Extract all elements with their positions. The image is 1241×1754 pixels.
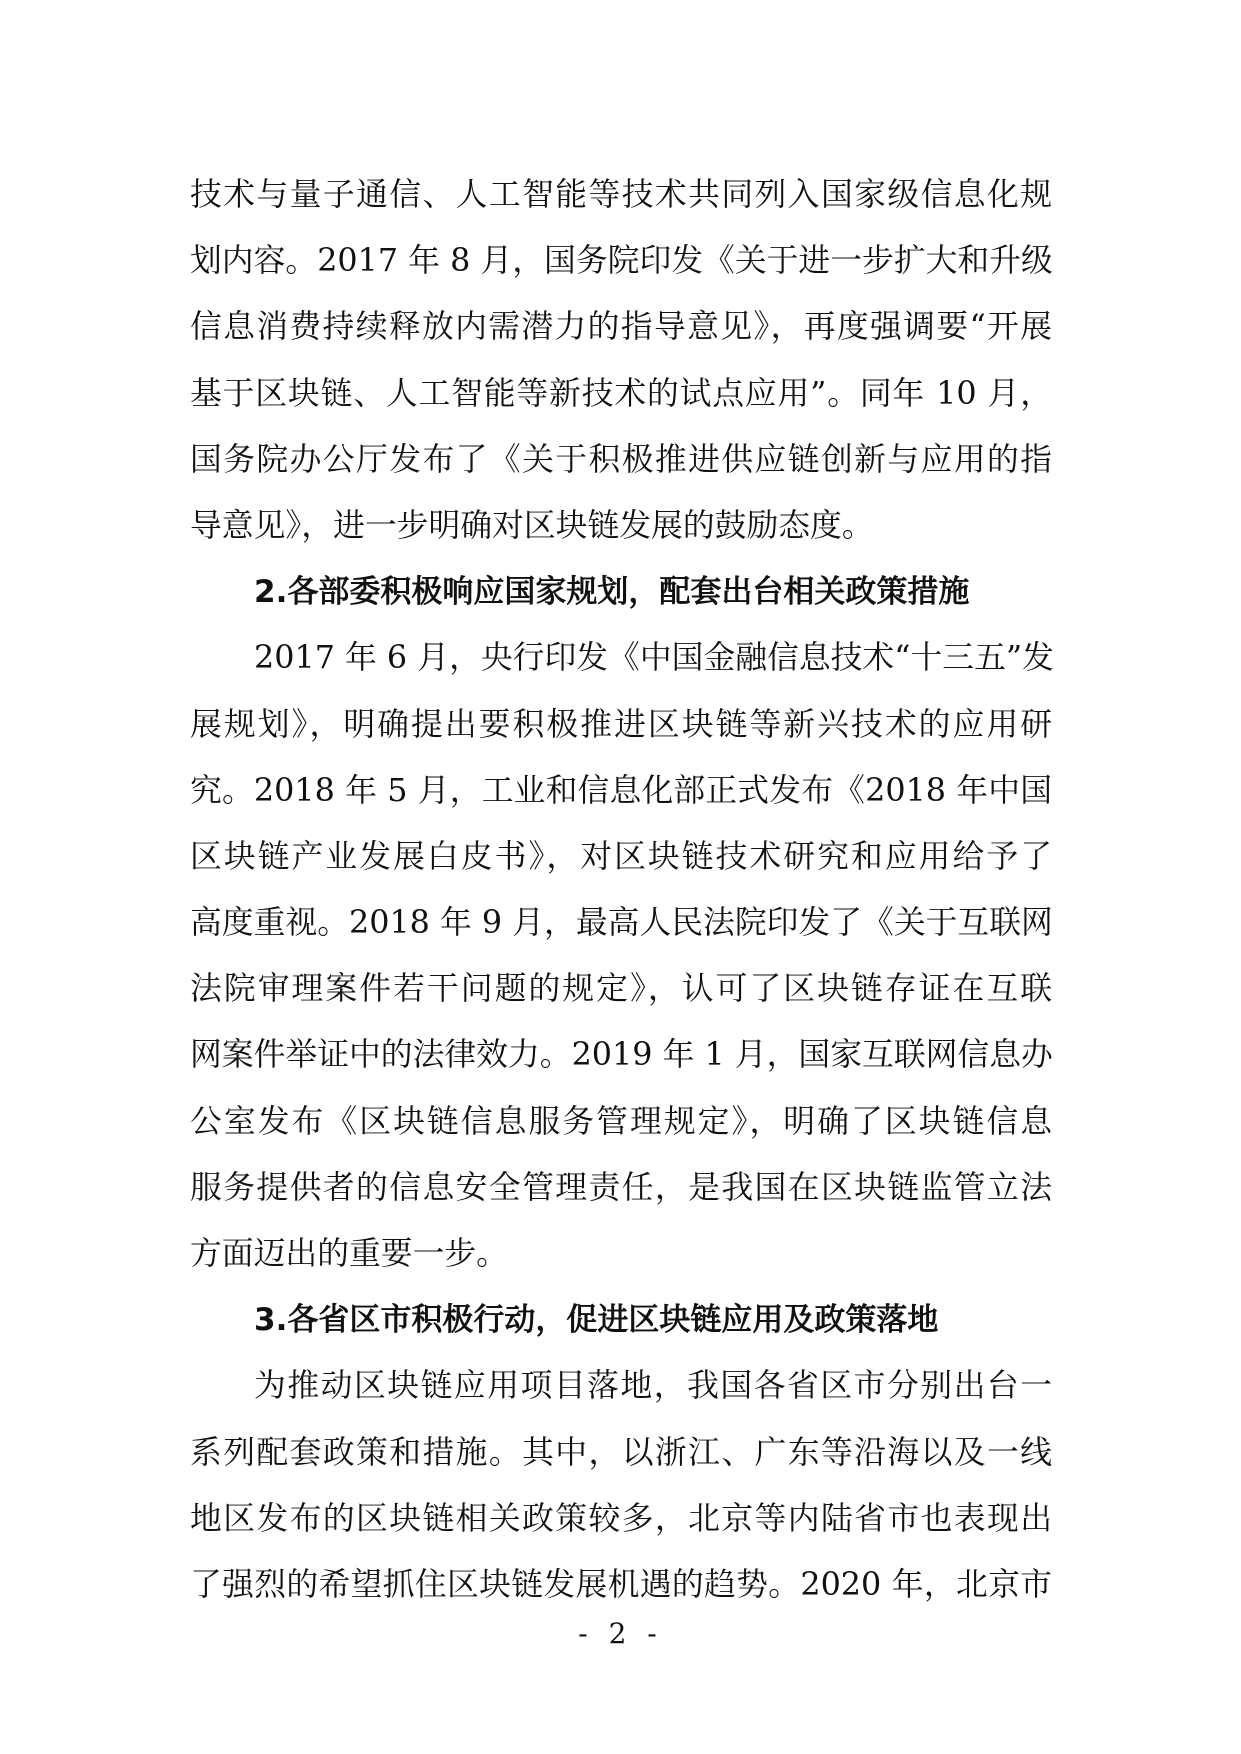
body-line: 法院审理案件若干问题的规定》，认可了区块链存证在互联 bbox=[190, 956, 1052, 1022]
body-line: 展规划》，明确提出要积极推进区块链等新兴技术的应用研 bbox=[190, 692, 1052, 758]
body-line: 系列配套政策和措施。其中，以浙江、广东等沿海以及一线 bbox=[190, 1420, 1052, 1486]
body-line: 信息消费持续释放内需潜力的指导意见》，再度强调要“开展 bbox=[190, 294, 1052, 360]
paragraph-first-line: 2017 年 6 月，央行印发《中国金融信息技术“十三五”发 bbox=[190, 625, 1052, 691]
body-line: 了强烈的希望抓住区块链发展机遇的趋势。2020 年，北京市 bbox=[190, 1552, 1052, 1618]
body-line: 基于区块链、人工智能等新技术的试点应用”。同年 10 月， bbox=[190, 361, 1052, 427]
body-line: 国务院办公厅发布了《关于积极推进供应链创新与应用的指 bbox=[190, 427, 1052, 493]
page-number: - 2 - bbox=[0, 1614, 1241, 1654]
body-line: 网案件举证中的法律效力。2019 年 1 月，国家互联网信息办 bbox=[190, 1022, 1052, 1088]
body-line: 区块链产业发展白皮书》，对区块链技术研究和应用给予了 bbox=[190, 824, 1052, 890]
body-line: 技术与量子通信、人工智能等技术共同列入国家级信息化规 bbox=[190, 162, 1052, 228]
body-line: 划内容。2017 年 8 月，国务院印发《关于进一步扩大和升级 bbox=[190, 228, 1052, 294]
body-line: 方面迈出的重要一步。 bbox=[190, 1221, 1052, 1287]
section-heading: 2.各部委积极响应国家规划，配套出台相关政策措施 bbox=[190, 559, 1052, 625]
body-line: 服务提供者的信息安全管理责任，是我国在区块链监管立法 bbox=[190, 1155, 1052, 1221]
paragraph-first-line: 为推动区块链应用项目落地，我国各省区市分别出台一 bbox=[190, 1353, 1052, 1419]
section-heading: 3.各省区市积极行动，促进区块链应用及政策落地 bbox=[190, 1287, 1052, 1353]
body-line: 导意见》，进一步明确对区块链发展的鼓励态度。 bbox=[190, 493, 1052, 559]
body-line: 地区发布的区块链相关政策较多，北京等内陆省市也表现出 bbox=[190, 1486, 1052, 1552]
body-line: 公室发布《区块链信息服务管理规定》，明确了区块链信息 bbox=[190, 1089, 1052, 1155]
document-page: 技术与量子通信、人工智能等技术共同列入国家级信息化规 划内容。2017 年 8 … bbox=[190, 162, 1052, 1618]
body-line: 高度重视。2018 年 9 月，最高人民法院印发了《关于互联网 bbox=[190, 890, 1052, 956]
body-line: 究。2018 年 5 月，工业和信息化部正式发布《2018 年中国 bbox=[190, 758, 1052, 824]
